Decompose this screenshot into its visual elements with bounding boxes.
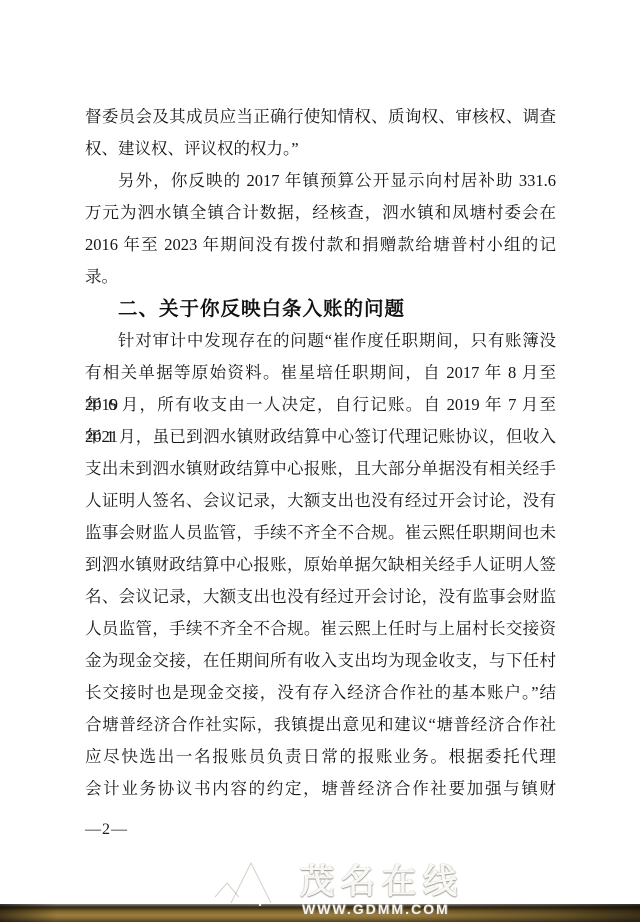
page-number: —2— — [85, 819, 128, 841]
document-line: 会计业务协议书内容的约定，塘普经济合作社要加强与镇财 — [85, 773, 556, 805]
document-line: 录。 — [85, 261, 556, 293]
document-line: 长交接时也是现金交接，没有存入经济合作社的基本账户。”结 — [85, 677, 556, 709]
document-line: 金为现金交接，在任期间所有收入支出均为现金收支，与下任村 — [85, 645, 556, 677]
document-line: 人证明人签名、会议记录，大额支出也没有经过开会讨论，没有 — [85, 485, 556, 517]
section-heading: 二、关于你反映白条入账的问题 — [85, 293, 556, 325]
document-line: 权、建议权、评议权的权力。” — [85, 133, 556, 165]
document-line: 年 1 月，虽已到泗水镇财政结算中心签订代理记账协议，但收入 — [85, 421, 556, 453]
document-line: 有相关单据等原始资料。崔星培任职期间，自 2017 年 8 月至 2019 — [85, 357, 556, 389]
document-line: 支出未到泗水镇财政结算中心报账，且大部分单据没有相关经手 — [85, 453, 556, 485]
document-line: 万元为泗水镇全镇合计数据，经核查，泗水镇和凤塘村委会在 — [85, 197, 556, 229]
scanned-document-page: 督委员会及其成员应当正确行使知情权、质询权、审核权、调查权、建议权、评议权的权力… — [0, 0, 640, 922]
document-line: 督委员会及其成员应当正确行使知情权、质询权、审核权、调查 — [85, 101, 556, 133]
document-line: 应尽快选出一名报账员负责日常的报账业务。根据委托代理 — [85, 741, 556, 773]
document-line: 名、会议记录，大额支出也没有经过开会讨论，没有监事会财监 — [85, 581, 556, 613]
document-line: 人员监管，手续不齐全不合规。崔云熙上任时与上届村长交接资 — [85, 613, 556, 645]
document-line: 2016 年至 2023 年期间没有拨付款和捐赠款给塘普村小组的记 — [85, 229, 556, 261]
document-line: 针对审计中发现存在的问题“崔作度任职期间，只有账簿没 — [85, 325, 556, 357]
watermark-site-name: 茂名在线 — [300, 865, 464, 899]
document-line: 合塘普经济合作社实际，我镇提出意见和建议“塘普经济合作社 — [85, 709, 556, 741]
document-line: 年 6 月，所有收支由一人决定，自行记账。自 2019 年 7 月至 2021 — [85, 389, 556, 421]
document-line: 另外，你反映的 2017 年镇预算公开显示向村居补助 331.6 — [85, 165, 556, 197]
document-line: 到泗水镇财政结算中心报账，原始单据欠缺相关经手人证明人签 — [85, 549, 556, 581]
document-line: 监事会财监人员监管，手续不齐全不合规。崔云熙任职期间也未 — [85, 517, 556, 549]
text-block: 督委员会及其成员应当正确行使知情权、质询权、审核权、调查权、建议权、评议权的权力… — [85, 101, 556, 805]
scan-desk-edge — [0, 904, 640, 922]
